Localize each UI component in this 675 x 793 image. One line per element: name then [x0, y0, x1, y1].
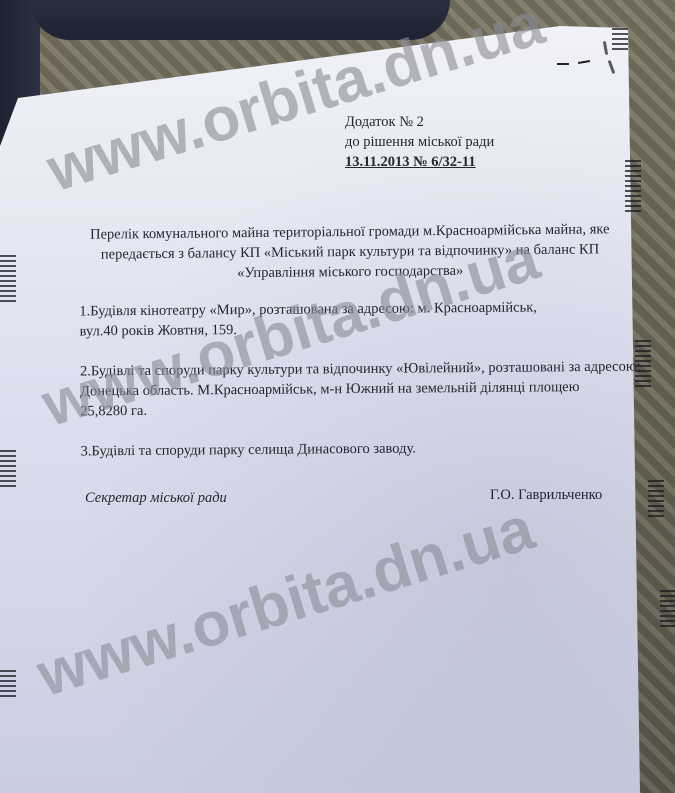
printer-mark-right — [660, 590, 675, 630]
appendix-header: Додаток № 2 до рішення міської ради 13.1… — [345, 112, 494, 172]
printer-mark-right — [648, 480, 664, 520]
signatory-role: Секретар міської ради — [85, 488, 227, 508]
signatory-name: Г.О. Гаврильченко — [490, 485, 602, 505]
pen-mark — [557, 63, 569, 65]
printer-mark-left — [0, 450, 16, 490]
document-title: Перелік комунального майна територіально… — [90, 219, 611, 284]
property-list: 1.Будівля кінотеатру «Мир», розташована … — [79, 297, 641, 462]
printer-mark-right — [625, 160, 641, 215]
appendix-number: Додаток № 2 — [345, 112, 494, 132]
printer-mark-left — [0, 255, 16, 305]
printer-mark-left — [0, 670, 16, 700]
decision-date-number: 13.11.2013 № 6/32-11 — [345, 152, 494, 172]
background-cloth-top — [30, 0, 450, 40]
printer-mark-top-right — [612, 28, 628, 52]
appendix-reference: до рішення міської ради — [345, 132, 494, 152]
